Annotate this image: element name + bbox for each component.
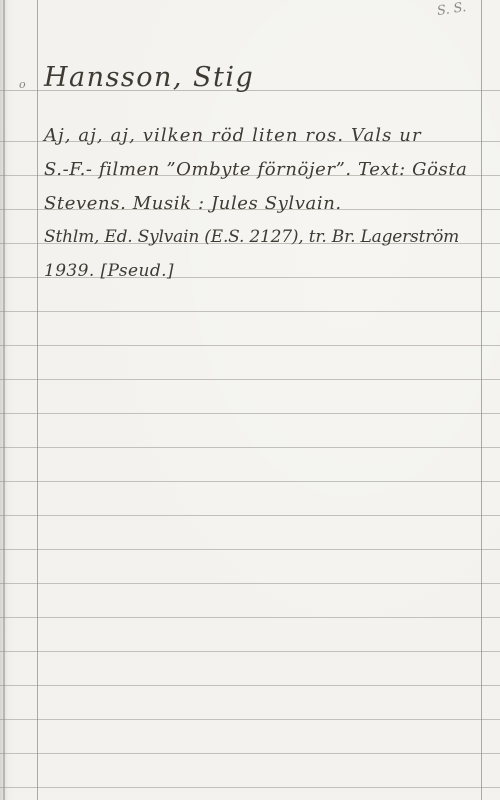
entry-line: Aj, aj, aj, vilken röd liten ros. Vals u… xyxy=(44,127,422,145)
entry-heading: Hansson, Stig xyxy=(44,64,254,91)
entry-line: Stevens. Musik : Jules Sylvain. xyxy=(44,195,342,213)
corner-annotation: S. S. xyxy=(436,0,467,19)
entry-line: S.-F.- filmen ”Ombyte förnöjer”. Text: G… xyxy=(44,161,468,179)
entry-line: 1939. [Pseud.] xyxy=(44,263,174,280)
paper-edge-shadow xyxy=(0,0,8,800)
margin-circle-mark: o xyxy=(19,78,26,91)
right-margin-line xyxy=(481,0,482,800)
entry-line: Sthlm, Ed. Sylvain (E.S. 2127), tr. Br. … xyxy=(44,229,459,246)
catalog-card-page: S. S. o Hansson, Stig Aj, aj, aj, vilken… xyxy=(0,0,500,800)
left-margin-line xyxy=(37,0,38,800)
